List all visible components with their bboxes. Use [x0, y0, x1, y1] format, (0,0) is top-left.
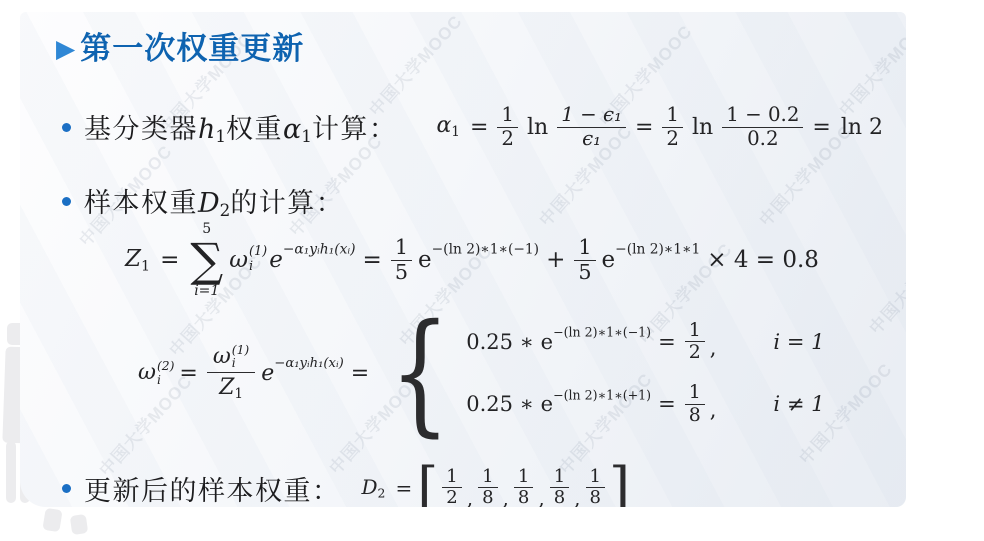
- page-title: 第一次权重更新: [80, 30, 304, 67]
- exp-term: e−α₁yᵢh₁(xᵢ): [269, 247, 355, 273]
- exp-term: e−(ln 2)∗1∗(−1): [418, 247, 539, 273]
- frac: 18: [478, 467, 497, 507]
- bullet-icon: [62, 123, 71, 132]
- frac: 18: [550, 467, 569, 507]
- figure-leg: [6, 441, 16, 503]
- bullet-updated-weights: 更新后的样本权重： D2 = [ 12 , 18 , 18 , 18 , 18 …: [62, 456, 630, 507]
- frac: 12: [497, 104, 518, 151]
- omega-term: ω (1)i: [229, 246, 267, 273]
- left-bracket: [: [417, 462, 438, 507]
- d2-formula: D2 = [ 12 , 18 , 18 , 18 , 18 ]: [357, 462, 631, 507]
- frac: 1 − ϵ₁ϵ₁: [557, 104, 626, 151]
- bullet1-label: 基分类器h1权重α1计算：: [84, 107, 397, 146]
- frac: 12: [662, 104, 683, 151]
- bullet3-label: 更新后的样本权重：: [84, 469, 341, 508]
- z1-formula: Z1 = 5 ∑ i=1 ω (1)i e−α₁yᵢh₁(xᵢ) = 15 e−…: [120, 212, 824, 308]
- frac: 15: [574, 236, 595, 285]
- exp-term: e−α₁yᵢh₁(xᵢ): [261, 361, 344, 386]
- right-bracket: ]: [609, 462, 630, 507]
- title-triangle-icon: ▶: [56, 37, 75, 62]
- big-fraction: ω (1)i Z1: [207, 344, 255, 403]
- bullet-icon: [62, 197, 71, 206]
- slide-title-row: ▶ 第一次权重更新: [56, 30, 304, 67]
- figure-foot: [42, 508, 62, 532]
- lecture-slide: 中国大学MOOC中国大学MOOC中国大学MOOC中国大学MOOC中国大学MOOC…: [20, 12, 906, 507]
- exp-term: e−(ln 2)∗1∗1: [602, 247, 701, 273]
- frac: 18: [514, 467, 533, 507]
- frac: 18: [586, 467, 605, 507]
- cases-block: { 0.25 ∗ e−(ln 2)∗1∗(−1) = 12 , i = 1 0.…: [378, 317, 824, 429]
- cases-brace: {: [390, 317, 450, 429]
- frac: 12: [442, 467, 461, 507]
- omega-update-formula: ω (2)i = ω (1)i Z1 e−α₁yᵢh₁(xᵢ) = { 0.25…: [138, 300, 824, 446]
- bullet-classifier-weight: 基分类器h1权重α1计算： α1 = 12 ln 1 − ϵ₁ϵ₁ = 12 l…: [62, 96, 888, 158]
- frac: 12: [685, 320, 705, 364]
- summation-symbol: 5 ∑ i=1: [190, 222, 223, 298]
- figure-foot: [70, 514, 88, 535]
- bullet-icon: [62, 484, 71, 493]
- case-row: 0.25 ∗ e−(ln 2)∗1∗(−1) = 12 , i = 1: [464, 320, 824, 364]
- case-row: 0.25 ∗ e−(ln 2)∗1∗(+1) = 18 , i ≠ 1: [464, 382, 824, 426]
- frac: 1 − 0.20.2: [722, 104, 803, 151]
- frac: 18: [685, 382, 705, 426]
- frac: 15: [391, 236, 412, 285]
- omega-term: ω (2)i: [138, 360, 174, 386]
- alpha-formula: α1 = 12 ln 1 − ϵ₁ϵ₁ = 12 ln 1 − 0.20.2 =…: [431, 104, 888, 151]
